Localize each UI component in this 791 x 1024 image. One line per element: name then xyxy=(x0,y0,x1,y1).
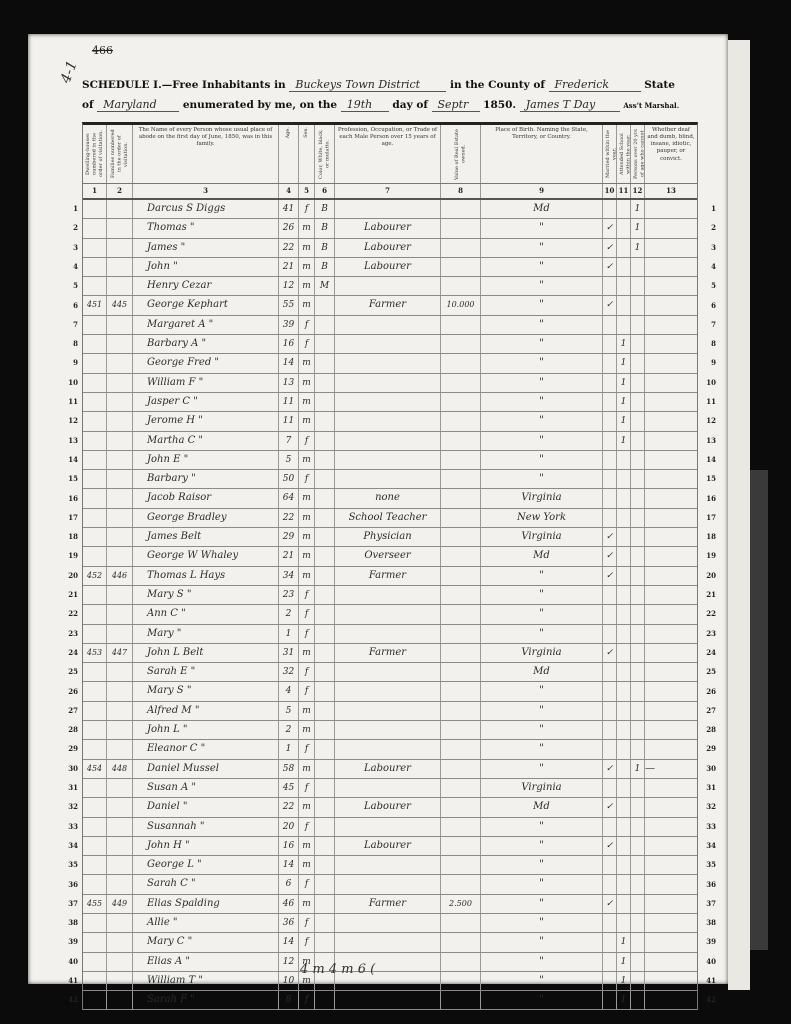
cell-family xyxy=(107,239,133,257)
table-row: Sarah C "6f" xyxy=(83,875,697,894)
cell-birthplace: " xyxy=(481,914,603,932)
header-real-estate: Value of Real Estate owned. xyxy=(441,125,481,183)
line-number: 19 xyxy=(700,551,716,560)
cell-occupation xyxy=(335,605,441,623)
cell-color xyxy=(315,451,335,469)
cell-school: 1 xyxy=(617,393,631,411)
cell-real-estate xyxy=(441,625,481,643)
line-number: 19 xyxy=(62,551,78,560)
cell-sex: m xyxy=(299,393,315,411)
cell-birthplace: " xyxy=(481,972,603,990)
line-number: 32 xyxy=(700,802,716,811)
line-number: 18 xyxy=(700,532,716,541)
cell-name: James " xyxy=(133,239,279,257)
cell-sex: m xyxy=(299,451,315,469)
cell-disability xyxy=(645,470,697,488)
cell-disability xyxy=(645,740,697,758)
table-row: George L "14m" xyxy=(83,856,697,875)
cell-disability xyxy=(645,625,697,643)
cell-dwelling xyxy=(83,219,107,237)
line-number: 10 xyxy=(62,378,78,387)
table-row: Susan A "45fVirginia xyxy=(83,779,697,798)
cell-real-estate xyxy=(441,721,481,739)
census-table: Dwelling-houses numbered in the order of… xyxy=(82,122,698,1010)
of-label: of xyxy=(82,99,94,111)
cell-family xyxy=(107,451,133,469)
line-number: 21 xyxy=(62,590,78,599)
cell-birthplace: " xyxy=(481,682,603,700)
cell-real-estate xyxy=(441,451,481,469)
cell-dwelling xyxy=(83,721,107,739)
cell-name: Sarah F " xyxy=(133,991,279,1009)
cell-sex: m xyxy=(299,219,315,237)
cell-family xyxy=(107,972,133,990)
cell-illiterate xyxy=(631,779,645,797)
cell-name: Susannah " xyxy=(133,818,279,836)
cell-sex: m xyxy=(299,895,315,913)
cell-birthplace: " xyxy=(481,837,603,855)
cell-birthplace: Virginia xyxy=(481,528,603,546)
cell-disability xyxy=(645,316,697,334)
state-field: Maryland xyxy=(97,98,179,112)
cell-age: 10 xyxy=(279,972,299,990)
cell-married: ✓ xyxy=(603,798,617,816)
line-number: 41 xyxy=(62,976,78,985)
line-number: 31 xyxy=(62,783,78,792)
cell-birthplace: " xyxy=(481,605,603,623)
table-row: Susannah "20f" xyxy=(83,818,697,837)
line-number: 15 xyxy=(62,474,78,483)
cell-birthplace: " xyxy=(481,875,603,893)
cell-occupation: Labourer xyxy=(335,258,441,276)
cell-age: 5 xyxy=(279,451,299,469)
cell-age: 22 xyxy=(279,798,299,816)
cell-disability xyxy=(645,393,697,411)
cell-dwelling: 454 xyxy=(83,760,107,778)
table-row: John "21mBLabourer"✓ xyxy=(83,258,697,277)
line-number: 36 xyxy=(62,880,78,889)
cell-family xyxy=(107,528,133,546)
line-number: 34 xyxy=(62,841,78,850)
cell-real-estate xyxy=(441,528,481,546)
cell-family xyxy=(107,856,133,874)
cell-family xyxy=(107,509,133,527)
line-number: 6 xyxy=(62,301,78,310)
cell-married xyxy=(603,605,617,623)
cell-dwelling xyxy=(83,625,107,643)
line-number: 2 xyxy=(62,223,78,232)
cell-age: 16 xyxy=(279,335,299,353)
cell-sex: m xyxy=(299,509,315,527)
cell-birthplace: " xyxy=(481,721,603,739)
cell-birthplace: " xyxy=(481,586,603,604)
cell-age: 41 xyxy=(279,200,299,218)
line-number: 17 xyxy=(62,513,78,522)
cell-illiterate xyxy=(631,740,645,758)
line-number: 13 xyxy=(700,436,716,445)
cell-age: 21 xyxy=(279,258,299,276)
cell-age: 22 xyxy=(279,239,299,257)
line-number: 20 xyxy=(62,571,78,580)
cell-school: 1 xyxy=(617,335,631,353)
cell-married xyxy=(603,702,617,720)
schedule-title: SCHEDULE I.—Free Inhabitants in xyxy=(82,79,286,91)
cell-family xyxy=(107,586,133,604)
cell-name: Mary C " xyxy=(133,933,279,951)
cell-occupation: Farmer xyxy=(335,644,441,662)
cell-illiterate xyxy=(631,393,645,411)
line-number: 35 xyxy=(700,860,716,869)
cell-occupation xyxy=(335,740,441,758)
table-row: George Bradley22mSchool TeacherNew York xyxy=(83,509,697,528)
line-number: 16 xyxy=(700,494,716,503)
cell-dwelling xyxy=(83,914,107,932)
colnum: 1 xyxy=(83,184,107,198)
cell-age: 14 xyxy=(279,354,299,372)
cell-dwelling xyxy=(83,798,107,816)
schedule-header-line-1: SCHEDULE I.—Free Inhabitants in Buckeys … xyxy=(82,78,675,92)
header-school: Attended School within the year. xyxy=(617,125,631,183)
cell-sex: f xyxy=(299,779,315,797)
cell-family xyxy=(107,200,133,218)
cell-school xyxy=(617,798,631,816)
cell-birthplace: " xyxy=(481,625,603,643)
cell-sex: f xyxy=(299,875,315,893)
cell-occupation xyxy=(335,818,441,836)
cell-disability xyxy=(645,663,697,681)
cell-family xyxy=(107,837,133,855)
table-row: James "22mBLabourer"✓1 xyxy=(83,239,697,258)
cell-family xyxy=(107,393,133,411)
cell-age: 7 xyxy=(279,432,299,450)
colnum: 6 xyxy=(315,184,335,198)
cell-married xyxy=(603,374,617,392)
cell-family xyxy=(107,682,133,700)
cell-sex: f xyxy=(299,740,315,758)
cell-color xyxy=(315,875,335,893)
line-number: 4 xyxy=(700,262,716,271)
cell-married xyxy=(603,451,617,469)
cell-occupation: School Teacher xyxy=(335,509,441,527)
page-number: 466 xyxy=(92,44,113,57)
line-number: 9 xyxy=(700,358,716,367)
cell-disability xyxy=(645,219,697,237)
cell-illiterate xyxy=(631,528,645,546)
cell-family xyxy=(107,219,133,237)
cell-sex: f xyxy=(299,625,315,643)
cell-color xyxy=(315,818,335,836)
cell-disability xyxy=(645,991,697,1009)
cell-name: Elias Spalding xyxy=(133,895,279,913)
cell-school xyxy=(617,277,631,295)
cell-married: ✓ xyxy=(603,837,617,855)
cell-married xyxy=(603,953,617,971)
cell-real-estate xyxy=(441,239,481,257)
cell-occupation xyxy=(335,335,441,353)
cell-dwelling xyxy=(83,528,107,546)
cell-school xyxy=(617,760,631,778)
cell-age: 50 xyxy=(279,470,299,488)
cell-family xyxy=(107,818,133,836)
cell-family xyxy=(107,702,133,720)
line-number: 5 xyxy=(62,281,78,290)
cell-illiterate xyxy=(631,547,645,565)
cell-disability xyxy=(645,856,697,874)
cell-age: 45 xyxy=(279,779,299,797)
cell-age: 4 xyxy=(279,682,299,700)
cell-occupation xyxy=(335,856,441,874)
cell-color xyxy=(315,605,335,623)
cell-disability xyxy=(645,644,697,662)
cell-occupation xyxy=(335,200,441,218)
cell-real-estate xyxy=(441,779,481,797)
cell-occupation xyxy=(335,316,441,334)
line-number: 34 xyxy=(700,841,716,850)
cell-name: Susan A " xyxy=(133,779,279,797)
cell-married xyxy=(603,972,617,990)
cell-age: 32 xyxy=(279,663,299,681)
cell-school xyxy=(617,528,631,546)
cell-real-estate xyxy=(441,489,481,507)
cell-family xyxy=(107,663,133,681)
cell-color xyxy=(315,856,335,874)
cell-illiterate xyxy=(631,625,645,643)
column-headers: Dwelling-houses numbered in the order of… xyxy=(83,125,697,184)
cell-illiterate xyxy=(631,702,645,720)
cell-birthplace: " xyxy=(481,296,603,314)
cell-age: 34 xyxy=(279,567,299,585)
cell-real-estate xyxy=(441,277,481,295)
cell-school xyxy=(617,509,631,527)
cell-dwelling: 451 xyxy=(83,296,107,314)
cell-married: ✓ xyxy=(603,895,617,913)
colnum: 9 xyxy=(481,184,603,198)
cell-school: 1 xyxy=(617,354,631,372)
cell-family: 445 xyxy=(107,296,133,314)
cell-age: 46 xyxy=(279,895,299,913)
cell-name: Ann C " xyxy=(133,605,279,623)
cell-disability xyxy=(645,509,697,527)
cell-dwelling: 455 xyxy=(83,895,107,913)
cell-dwelling xyxy=(83,470,107,488)
cell-dwelling xyxy=(83,856,107,874)
cell-dwelling xyxy=(83,837,107,855)
cell-illiterate xyxy=(631,933,645,951)
cell-color xyxy=(315,567,335,585)
cell-color xyxy=(315,509,335,527)
cell-color xyxy=(315,374,335,392)
cell-sex: m xyxy=(299,354,315,372)
cell-dwelling xyxy=(83,663,107,681)
cell-age: 1 xyxy=(279,740,299,758)
cell-sex: m xyxy=(299,374,315,392)
cell-color xyxy=(315,682,335,700)
cell-birthplace: " xyxy=(481,953,603,971)
cell-real-estate xyxy=(441,354,481,372)
cell-real-estate xyxy=(441,682,481,700)
cell-birthplace: " xyxy=(481,760,603,778)
cell-name: James Belt xyxy=(133,528,279,546)
cell-married xyxy=(603,914,617,932)
cell-school xyxy=(617,875,631,893)
cell-sex: m xyxy=(299,856,315,874)
cell-school xyxy=(617,895,631,913)
cell-name: Allie " xyxy=(133,914,279,932)
cell-color: B xyxy=(315,200,335,218)
cell-illiterate xyxy=(631,412,645,430)
cell-sex: m xyxy=(299,798,315,816)
cell-dwelling xyxy=(83,432,107,450)
cell-sex: m xyxy=(299,644,315,662)
day-field: 19th xyxy=(341,98,389,112)
cell-dwelling xyxy=(83,682,107,700)
cell-disability xyxy=(645,586,697,604)
cell-disability xyxy=(645,818,697,836)
cell-birthplace: " xyxy=(481,239,603,257)
binding-shadow xyxy=(750,470,768,950)
cell-age: 11 xyxy=(279,412,299,430)
cell-illiterate xyxy=(631,567,645,585)
line-number: 15 xyxy=(700,474,716,483)
cell-name: Daniel Mussel xyxy=(133,760,279,778)
cell-married: ✓ xyxy=(603,296,617,314)
cell-age: 36 xyxy=(279,914,299,932)
cell-age: 29 xyxy=(279,528,299,546)
cell-sex: f xyxy=(299,663,315,681)
cell-illiterate xyxy=(631,991,645,1009)
cell-color: B xyxy=(315,239,335,257)
table-row: William F "13m"1 xyxy=(83,374,697,393)
cell-occupation xyxy=(335,991,441,1009)
line-number: 7 xyxy=(700,320,716,329)
cell-married xyxy=(603,933,617,951)
cell-name: Elias A " xyxy=(133,953,279,971)
cell-color xyxy=(315,547,335,565)
cell-dwelling xyxy=(83,605,107,623)
line-number: 20 xyxy=(700,571,716,580)
cell-age: 31 xyxy=(279,644,299,662)
cell-sex: m xyxy=(299,528,315,546)
cell-color xyxy=(315,412,335,430)
header-dwelling: Dwelling-houses numbered in the order of… xyxy=(83,125,107,183)
cell-name: George Bradley xyxy=(133,509,279,527)
line-number: 7 xyxy=(62,320,78,329)
line-number: 40 xyxy=(700,957,716,966)
colnum: 4 xyxy=(279,184,299,198)
cell-real-estate xyxy=(441,412,481,430)
cell-family xyxy=(107,489,133,507)
year-label: 1850. xyxy=(483,99,516,111)
cell-sex: f xyxy=(299,470,315,488)
cell-sex: m xyxy=(299,567,315,585)
cell-illiterate: 1 xyxy=(631,219,645,237)
cell-name: John L Belt xyxy=(133,644,279,662)
header-family: Families numbered in the order of visita… xyxy=(107,125,133,183)
cell-school xyxy=(617,702,631,720)
cell-school xyxy=(617,219,631,237)
cell-name: Mary " xyxy=(133,625,279,643)
table-row: Henry Cezar12mM" xyxy=(83,277,697,296)
cell-age: 1 xyxy=(279,625,299,643)
cell-name: William T " xyxy=(133,972,279,990)
cell-real-estate xyxy=(441,663,481,681)
cell-family xyxy=(107,412,133,430)
cell-sex: m xyxy=(299,547,315,565)
cell-real-estate xyxy=(441,875,481,893)
cell-dwelling xyxy=(83,354,107,372)
line-number: 12 xyxy=(700,416,716,425)
cell-real-estate xyxy=(441,509,481,527)
cell-age: 64 xyxy=(279,489,299,507)
cell-name: John E " xyxy=(133,451,279,469)
cell-family xyxy=(107,798,133,816)
line-number: 5 xyxy=(700,281,716,290)
cell-dwelling xyxy=(83,933,107,951)
header-birthplace: Place of Birth. Naming the State, Territ… xyxy=(481,125,603,183)
line-number: 38 xyxy=(62,918,78,927)
colnum: 11 xyxy=(617,184,631,198)
table-row: George Fred "14m"1 xyxy=(83,354,697,373)
cell-birthplace: " xyxy=(481,933,603,951)
cell-name: John " xyxy=(133,258,279,276)
cell-married xyxy=(603,721,617,739)
header-illiterate: Persons over 20 yrs of age who cannot re… xyxy=(631,125,645,183)
line-number: 28 xyxy=(700,725,716,734)
cell-school xyxy=(617,586,631,604)
cell-school xyxy=(617,470,631,488)
line-number: 30 xyxy=(700,764,716,773)
cell-age: 5 xyxy=(279,702,299,720)
cell-occupation xyxy=(335,663,441,681)
table-row: 453447John L Belt31mFarmerVirginia✓ xyxy=(83,644,697,663)
cell-family xyxy=(107,258,133,276)
cell-school xyxy=(617,663,631,681)
cell-color xyxy=(315,470,335,488)
cell-occupation: Labourer xyxy=(335,798,441,816)
table-row: Barbary A "16f"1 xyxy=(83,335,697,354)
cell-real-estate xyxy=(441,605,481,623)
cell-disability xyxy=(645,432,697,450)
cell-family xyxy=(107,354,133,372)
cell-illiterate xyxy=(631,470,645,488)
cell-illiterate xyxy=(631,509,645,527)
cell-real-estate xyxy=(441,740,481,758)
table-row: Martha C "7f"1 xyxy=(83,432,697,451)
line-number: 12 xyxy=(62,416,78,425)
cell-name: Jacob Raisor xyxy=(133,489,279,507)
cell-disability xyxy=(645,277,697,295)
cell-real-estate xyxy=(441,258,481,276)
cell-family xyxy=(107,374,133,392)
line-number: 11 xyxy=(62,397,78,406)
table-row: John H "16mLabourer"✓ xyxy=(83,837,697,856)
cell-family: 448 xyxy=(107,760,133,778)
cell-name: Martha C " xyxy=(133,432,279,450)
table-row: Eleanor C "1f" xyxy=(83,740,697,759)
cell-dwelling xyxy=(83,586,107,604)
cell-occupation xyxy=(335,625,441,643)
cell-married: ✓ xyxy=(603,567,617,585)
cell-illiterate: 1 xyxy=(631,239,645,257)
cell-illiterate xyxy=(631,374,645,392)
cell-birthplace: " xyxy=(481,470,603,488)
cell-disability xyxy=(645,335,697,353)
cell-married xyxy=(603,277,617,295)
cell-birthplace: New York xyxy=(481,509,603,527)
cell-dwelling xyxy=(83,818,107,836)
cell-occupation xyxy=(335,451,441,469)
cell-school xyxy=(617,451,631,469)
